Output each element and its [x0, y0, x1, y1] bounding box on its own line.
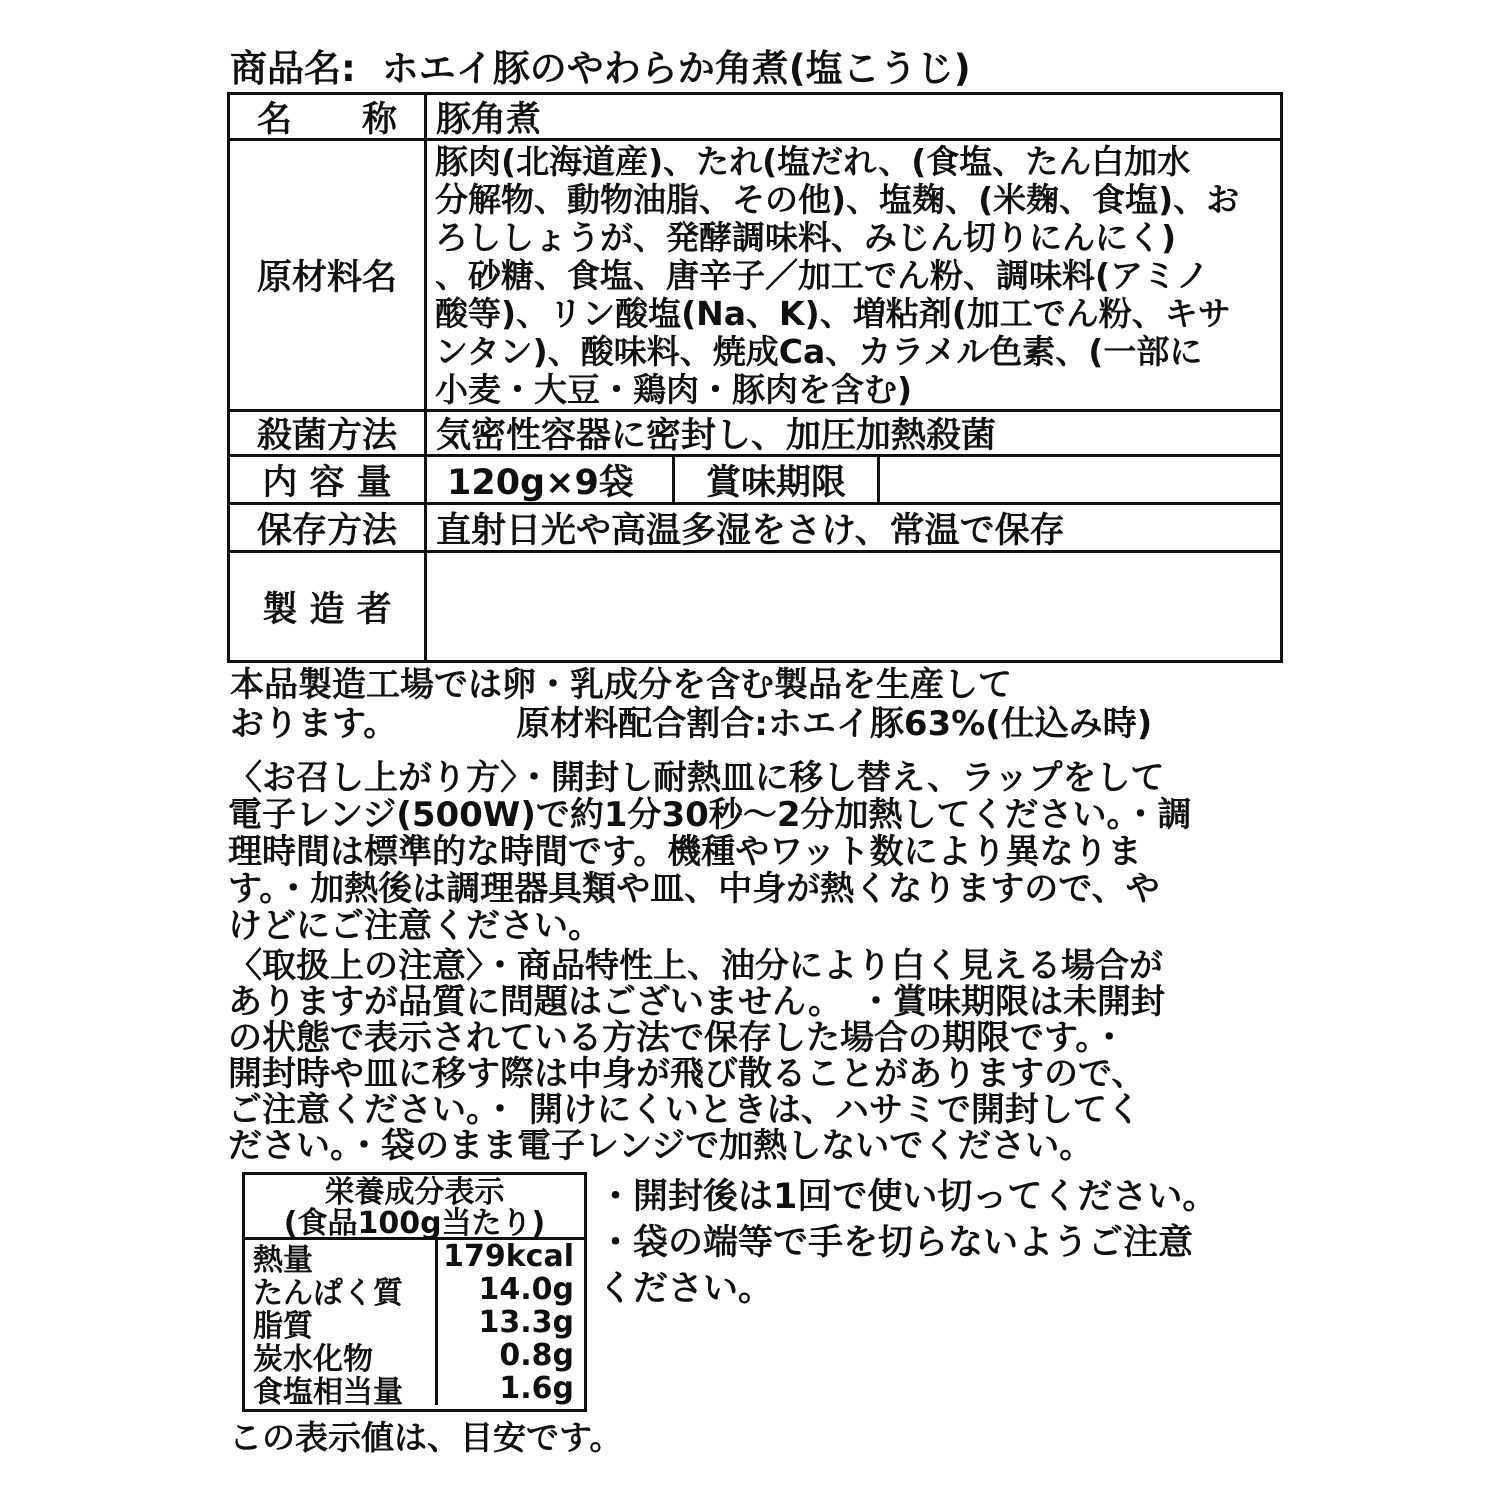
- nutrition-salt-value: 1.6g: [438, 1372, 584, 1405]
- nutrition-protein-value: 14.0g: [438, 1273, 584, 1306]
- product-label-sheet: 商品名: ホエイ豚のやわらか角煮(塩こうじ) 名 称 豚角煮 原材料名 豚肉(北…: [0, 0, 1500, 1500]
- nutrition-table: 栄養成分表示 (食品100g当たり) 熱量 179kcal たんぱく質 14.0…: [242, 1172, 587, 1412]
- spec-sterilization-label: 殺菌方法: [230, 412, 427, 454]
- spec-name-value: 豚角煮: [427, 95, 1280, 138]
- spec-row-sterilization: 殺菌方法 気密性容器に密封し、加圧加熱殺菌: [230, 409, 1280, 454]
- spec-name-label: 名 称: [230, 95, 427, 138]
- spec-manufacturer-label: 製 造 者: [230, 553, 427, 660]
- nutrition-carbohydrate-value: 0.8g: [438, 1339, 584, 1372]
- product-title: 商品名: ホエイ豚のやわらか角煮(塩こうじ): [230, 48, 971, 90]
- spec-row-contents: 内 容 量 120g×9袋 賞味期限: [230, 454, 1280, 502]
- product-title-label: 商品名:: [230, 48, 356, 90]
- product-title-name: ホエイ豚のやわらか角煮(塩こうじ): [382, 48, 971, 90]
- spec-ingredients-value: 豚肉(北海道産)、たれ(塩だれ、(食塩、たん白加水 分解物、動物油脂、その他)、…: [427, 141, 1280, 409]
- nutrition-fat-value: 13.3g: [438, 1306, 584, 1339]
- spec-storage-label: 保存方法: [230, 505, 427, 550]
- spec-row-name: 名 称 豚角煮: [230, 95, 1280, 138]
- spec-contents-value: 120g×9袋: [427, 455, 672, 505]
- spec-row-manufacturer: 製 造 者: [230, 550, 1280, 660]
- spec-row-ingredients: 原材料名 豚肉(北海道産)、たれ(塩だれ、(食塩、たん白加水 分解物、動物油脂、…: [230, 138, 1280, 409]
- spec-table: 名 称 豚角煮 原材料名 豚肉(北海道産)、たれ(塩だれ、(食塩、たん白加水 分…: [227, 92, 1283, 663]
- spec-sterilization-value: 気密性容器に密封し、加圧加熱殺菌: [427, 412, 1280, 454]
- spec-contents-label: 内 容 量: [230, 457, 427, 502]
- spec-manufacturer-value: [427, 553, 1280, 660]
- nutrition-salt-label: 食塩相当量: [245, 1372, 438, 1405]
- spec-expiry-label: 賞味期限: [672, 455, 880, 505]
- nutrition-title: 栄養成分表示: [245, 1177, 584, 1208]
- spec-storage-value: 直射日光や高温多湿をさけ、常温で保存: [427, 505, 1280, 550]
- nutrition-row-salt: 食塩相当量 1.6g: [245, 1372, 584, 1405]
- handling-precautions: 〈取扱上の注意〉・商品特性上、油分により白く見える場合が ありますが品質に問題は…: [228, 948, 1308, 1164]
- nutrition-energy-value: 179kcal: [438, 1240, 584, 1273]
- allergen-note: 本品製造工場では卵・乳成分を含む製品を生産して おります。 原材料配合割合:ホエ…: [230, 666, 1305, 744]
- spec-ingredients-label: 原材料名: [230, 141, 427, 409]
- usage-side-notes: ・開封後は1回で使い切ってください。 ・袋の端等で手を切らないようご注意 くださ…: [598, 1174, 1268, 1312]
- nutrition-body: 熱量 179kcal たんぱく質 14.0g 脂質 13.3g 炭水化物 0.8…: [245, 1240, 584, 1405]
- spec-contents-cell: 120g×9袋 賞味期限: [427, 457, 1280, 502]
- serving-instructions: 〈お召し上がり方〉・開封し耐熱皿に移し替え、ラップをして 電子レンジ(500W)…: [228, 760, 1308, 945]
- spec-row-storage: 保存方法 直射日光や高温多湿をさけ、常温で保存: [230, 502, 1280, 550]
- nutrition-header: 栄養成分表示 (食品100g当たり): [245, 1175, 584, 1240]
- nutrition-disclaimer: この表示値は、目安です。: [229, 1412, 622, 1459]
